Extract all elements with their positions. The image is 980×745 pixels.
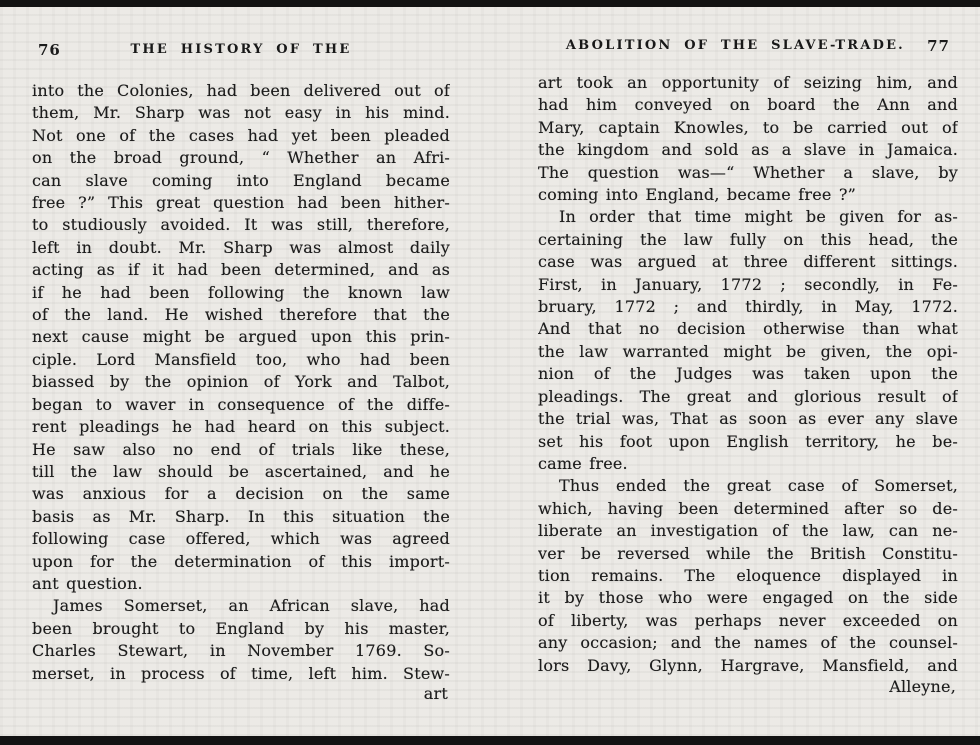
text-line: James Somerset, an African slave, had [32,595,450,617]
text-line: any occasion; and the names of the couns… [538,632,958,654]
text-line: acting as if it had been determined, and… [32,259,450,281]
text-line: Thus ended the great case of Somerset, [538,475,958,497]
running-title-left: THE HISTORY OF THE [131,42,352,57]
scan-edge-bottom [0,736,980,745]
text-line: can slave coming into England became [32,170,450,192]
text-line: till the law should be ascertained, and … [32,461,450,483]
page-left-header: 76 THE HISTORY OF THE [32,42,450,62]
text-line: lors Davy, Glynn, Hargrave, Mansfield, a… [538,655,958,677]
text-line: case was argued at three different sitti… [538,251,958,273]
text-line: Charles Stewart, in November 1769. So- [32,640,450,662]
text-line: following case offered, which was agreed [32,528,450,550]
text-line: biassed by the opinion of York and Talbo… [32,371,450,393]
text-line: ver be reversed while the British Consti… [538,543,958,565]
page-number-left: 76 [38,41,61,59]
text-line: nion of the Judges was taken upon the [538,363,958,385]
text-line: The question was—“ Whether a slave, by [538,162,958,184]
text-line: tion remains. The eloquence displayed in [538,565,958,587]
text-line: upon for the determination of this impor… [32,551,450,573]
text-line: next cause might be argued upon this pri… [32,326,450,348]
text-line: Mary, captain Knowles, to be carried out… [538,117,958,139]
text-line: of the land. He wished therefore that th… [32,304,450,326]
text-line: He saw also no end of trials like these, [32,439,450,461]
text-line: First, in January, 1772 ; secondly, in F… [538,274,958,296]
page-right: ABOLITION OF THE SLAVE-TRADE. 77 art too… [538,0,958,745]
text-line: ciple. Lord Mansfield too, who had been [32,349,450,371]
text-line: left in doubt. Mr. Sharp was almost dail… [32,237,450,259]
text-line: came free. [538,453,958,475]
text-line: art took an opportunity of seizing him, … [538,72,958,94]
page-right-text: art took an opportunity of seizing him, … [538,72,958,677]
text-line: into the Colonies, had been delivered ou… [32,80,450,102]
text-line: the kingdom and sold as a slave in Jamai… [538,139,958,161]
page-number-right: 77 [927,37,950,55]
text-line: the law warranted might be given, the op… [538,341,958,363]
text-line: of liberty, was perhaps never exceeded o… [538,610,958,632]
scan-edge-top [0,0,980,7]
page-right-header: ABOLITION OF THE SLAVE-TRADE. 77 [538,38,958,58]
text-line: basis as Mr. Sharp. In this situation th… [32,506,450,528]
text-line: to studiously avoided. It was still, the… [32,214,450,236]
text-line: pleadings. The great and glorious result… [538,386,958,408]
catchword-right: Alleyne, [889,677,956,696]
text-line: rent pleadings he had heard on this subj… [32,416,450,438]
text-line: had him conveyed on board the Ann and [538,94,958,116]
catchword-left: art [424,684,448,703]
text-line: been brought to England by his master, [32,618,450,640]
text-line: certaining the law fully on this head, t… [538,229,958,251]
page-left-text: into the Colonies, had been delivered ou… [32,80,450,685]
text-line: began to waver in consequence of the dif… [32,394,450,416]
text-line: In order that time might be given for as… [538,206,958,228]
text-line: free ?” This great question had been hit… [32,192,450,214]
page-left: 76 THE HISTORY OF THE into the Colonies,… [32,0,450,745]
text-line: on the broad ground, “ Whether an Afri- [32,147,450,169]
text-line: the trial was, That as soon as ever any … [538,408,958,430]
running-title-right: ABOLITION OF THE SLAVE-TRADE. [566,38,905,53]
text-line: which, having been determined after so d… [538,498,958,520]
text-line: was anxious for a decision on the same [32,483,450,505]
text-line: set his foot upon English territory, he … [538,431,958,453]
text-line: ant question. [32,573,450,595]
text-line: merset, in process of time, left him. St… [32,663,450,685]
text-line: them, Mr. Sharp was not easy in his mind… [32,102,450,124]
text-line: coming into England, became free ?” [538,184,958,206]
text-line: liberate an investigation of the law, ca… [538,520,958,542]
text-line: if he had been following the known law [32,282,450,304]
text-line: bruary, 1772 ; and thirdly, in May, 1772… [538,296,958,318]
text-line: And that no decision otherwise than what [538,318,958,340]
text-line: it by those who were engaged on the side [538,587,958,609]
text-line: Not one of the cases had yet been pleade… [32,125,450,147]
